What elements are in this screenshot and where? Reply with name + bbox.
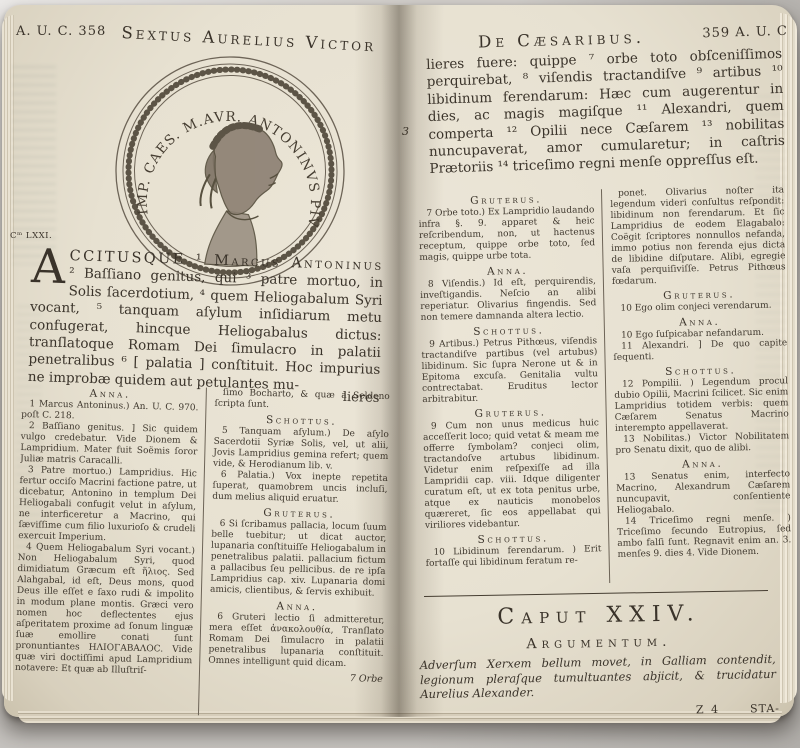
note-paragraph: 13 Senatus enim, interfecto Macrino, Ale… (616, 469, 791, 517)
book-gutter-shadow (354, 5, 444, 717)
chapter-title: Caput XXIV. (406, 600, 792, 632)
note-paragraph: 4 Quem Heliogabalum Syri vocant.) Non He… (15, 542, 195, 678)
note-paragraph: 10 Libidinum ferendarum. ) Erit fortaſſe… (425, 544, 601, 570)
note-paragraph: 2 Baſſiano genitus. ] Sic quidem vulgo c… (20, 421, 198, 469)
argument-text: Adverſum Xerxem bellum movet, in Galliam… (420, 652, 777, 702)
note-paragraph: 10 Ego olim conjeci verendarum. (612, 300, 786, 315)
left-year-label: A. U. C. 358 (16, 24, 106, 39)
note-paragraph: 14 Triceſimo regni menſe. ) Triceſimo ſe… (617, 513, 792, 561)
left-commentary-notes: Anna. 1 Marcus Antoninus.) An. U. C. 970… (14, 383, 390, 720)
note-paragraph: 8 Viſendis.) Id eſt, perquirendis, inveſ… (420, 276, 597, 324)
section-divider-rule (424, 590, 768, 597)
right-body-text: lieres fuere: quippe ⁷ orbe toto obſceni… (426, 46, 786, 193)
right-year-label: 359 A. U. C (702, 24, 788, 41)
right-commentary-notes: Gruterus. 7 Orbe toto.) Ex Lampridio lau… (418, 185, 792, 587)
note-paragraph: 3 Patre mortuo.) Lampridius. Hic fertur … (18, 465, 197, 546)
note-paragraph: 11 Alexandri. ] De quo capite ſequenti. (613, 338, 787, 364)
left-page: A. U. C. 358 Sextus Aurelius Victor Cᵐ L… (10, 5, 400, 717)
note-paragraph: 9 Cum non unus medicus huic acceſſerit l… (423, 418, 601, 532)
left-notes-column-1: Anna. 1 Marcus Antoninus.) An. U. C. 970… (14, 383, 206, 715)
emperor-bust (198, 124, 283, 267)
book-photograph: A. U. C. 358 Sextus Aurelius Victor Cᵐ L… (0, 0, 800, 748)
right-notes-column-1: Gruterus. 7 Orbe toto.) Ex Lampridio lau… (418, 189, 609, 587)
right-page: De Cæsaribus. 359 A. U. C 3 lieres fuere… (406, 5, 792, 717)
gathering-signature: Z 4 (696, 703, 720, 716)
right-notes-column-2: ponet. Olivarius noſter ita legendum vid… (601, 185, 792, 583)
catchword: STA- (750, 702, 780, 716)
note-paragraph: 12 Pompilii. ) Legendum procul dubio Opi… (614, 376, 789, 435)
open-book-spread: A. U. C. 358 Sextus Aurelius Victor Cᵐ L… (4, 5, 794, 717)
note-paragraph: 7 Orbe toto.) Ex Lampridio laudando infr… (418, 205, 595, 264)
left-body-paragraph: ² Baſſiano genitus, qui ³ patre mortuo, … (28, 266, 384, 394)
left-page-header: A. U. C. 358 Sextus Aurelius Victor (14, 21, 394, 43)
dropcap-initial: A (31, 247, 70, 286)
note-paragraph: ponet. Olivarius noſter ita legendum vid… (610, 185, 786, 288)
note-paragraph: 13 Nobilitas.) Victor Nobilitatem pro Se… (615, 431, 789, 457)
argument-heading: Argumentum. (406, 632, 792, 655)
note-paragraph: 9 Artibus.) Petrus Pithœus, viſendis tra… (421, 336, 598, 406)
right-running-title: De Cæsaribus. (478, 28, 645, 52)
left-body-text: ACCITUSQUE ¹ Marcus Antoninus ² Baſſiano… (28, 247, 384, 394)
